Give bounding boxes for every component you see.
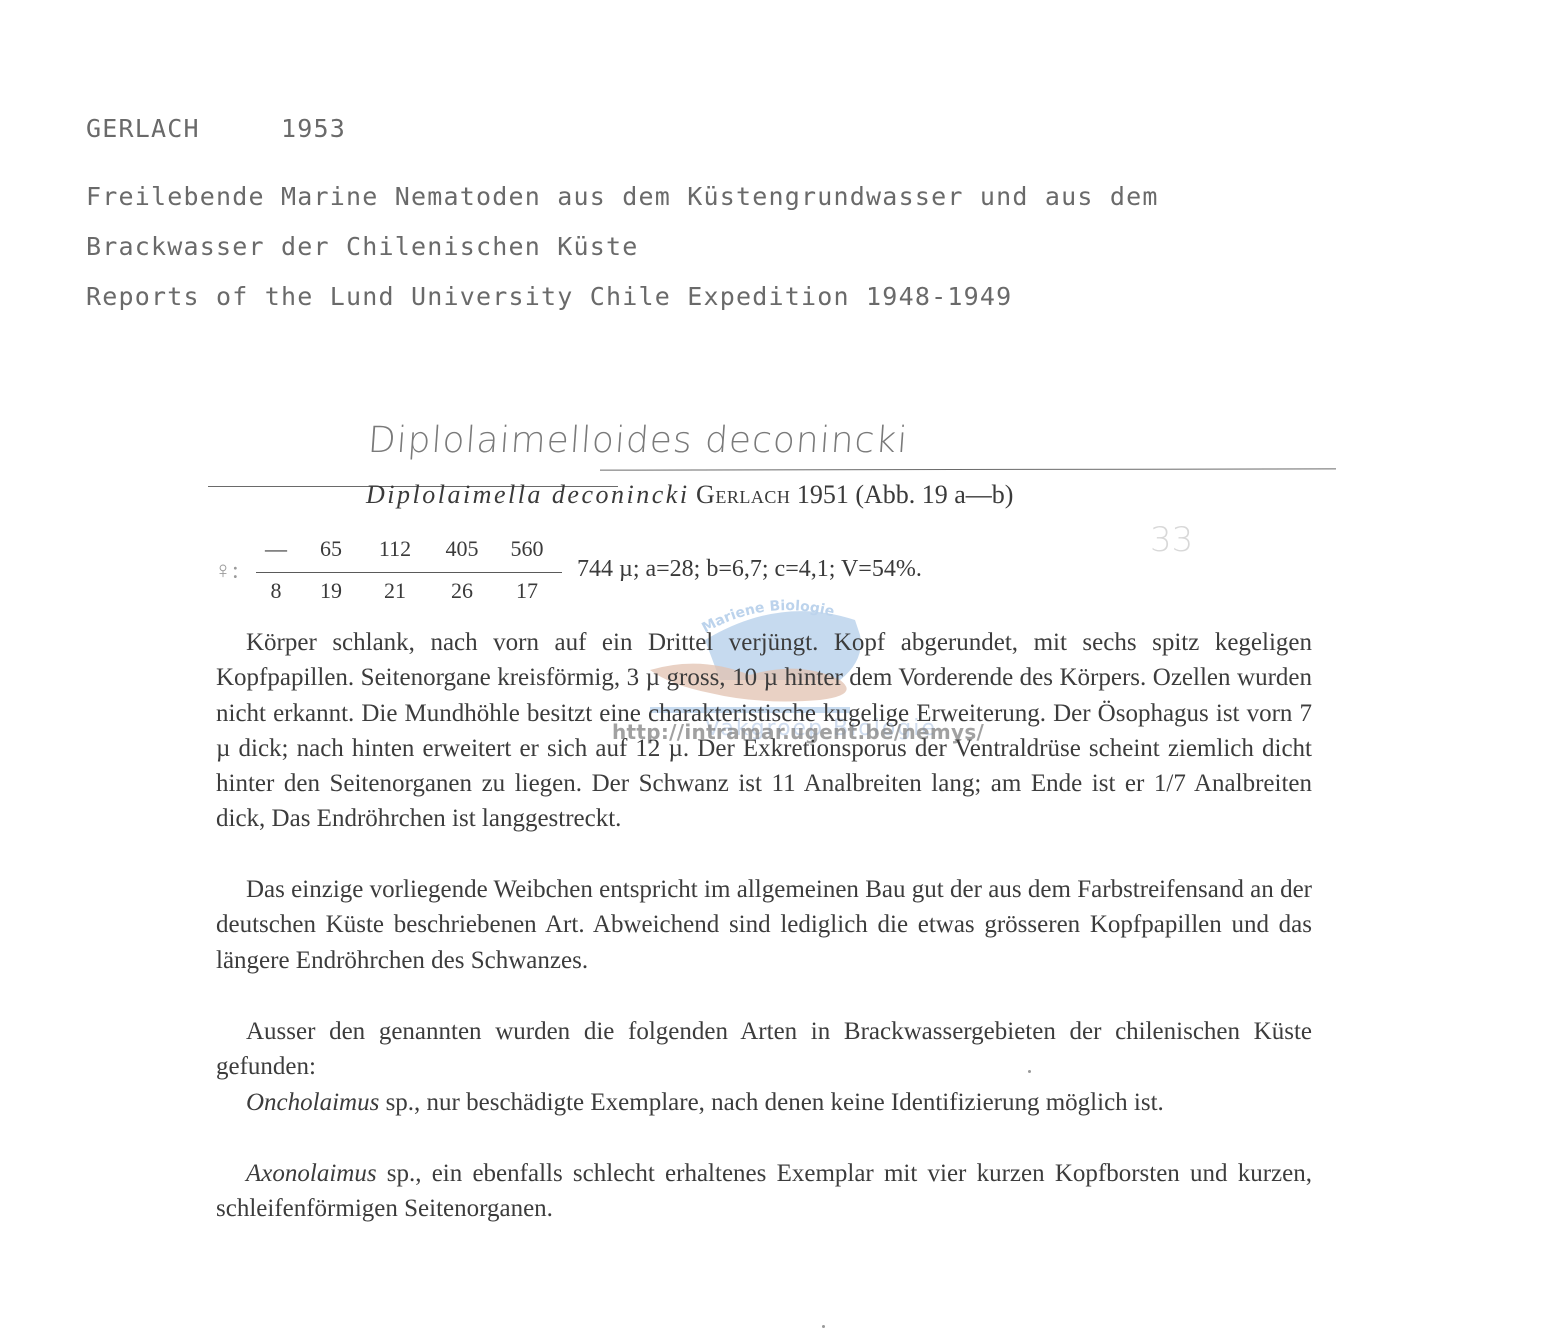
species-note-oncholaimus: Oncholaimus sp., nur beschädigte Exempla… <box>216 1085 1312 1120</box>
formula-numerator: — <box>252 536 300 562</box>
reference-title-line-2: Brackwasser der Chilenischen Küste <box>86 232 639 261</box>
reference-author-year: GERLACH 1953 <box>86 114 346 143</box>
fraction-line <box>256 572 562 573</box>
female-icon: ♀: <box>214 558 239 585</box>
reference-year: 1953 <box>281 114 346 143</box>
measurement-formula: ♀: —65112405560 819212617 744 µ; a=28; b… <box>212 536 1112 606</box>
genus-name: Axonolaimus <box>246 1160 377 1187</box>
species-heading: Diplolaimella deconincki Gerlach 1951 (A… <box>366 480 1013 510</box>
species-name: Diplolaimella deconincki <box>366 480 690 509</box>
formula-denominator: 21 <box>362 578 428 604</box>
reference-journal: Reports of the Lund University Chile Exp… <box>86 282 1012 311</box>
species-note-axonolaimus: Axonolaimus sp., ein ebenfalls schlecht … <box>216 1156 1312 1227</box>
species-author: Gerlach <box>696 480 790 509</box>
formula-denominator: 26 <box>428 578 496 604</box>
figure-reference: (Abb. 19 a—b) <box>855 480 1013 509</box>
formula-numerator: 560 <box>496 536 558 562</box>
formula-numerator: 405 <box>428 536 496 562</box>
other-species-intro: Ausser den genannten wurden die folgende… <box>216 1014 1312 1085</box>
formula-denominator: 19 <box>300 578 362 604</box>
reference-title-line-1: Freilebende Marine Nematoden aus dem Küs… <box>86 182 1159 211</box>
handwritten-species-name: Diplolaimelloides deconincki <box>367 420 910 461</box>
formula-numerator: 65 <box>300 536 362 562</box>
scan-speck <box>822 1325 825 1328</box>
scan-speck <box>1028 1070 1031 1073</box>
handwritten-underline <box>600 468 1336 470</box>
formula-indices: 744 µ; a=28; b=6,7; c=4,1; V=54%. <box>577 556 922 583</box>
genus-name: Oncholaimus <box>246 1089 379 1116</box>
formula-denominator: 17 <box>496 578 558 604</box>
formula-denominators: 819212617 <box>252 578 558 604</box>
formula-numerator: 112 <box>362 536 428 562</box>
formula-denominator: 8 <box>252 578 300 604</box>
species-year: 1951 <box>797 480 849 509</box>
formula-numerators: —65112405560 <box>252 536 558 562</box>
comparison-paragraph: Das einzige vorliegende Weibchen entspri… <box>216 872 1312 978</box>
reference-author: GERLACH <box>86 114 200 143</box>
handwritten-page-number: 33 <box>1150 520 1193 560</box>
description-paragraph: Körper schlank, nach vorn auf ein Dritte… <box>216 625 1312 837</box>
